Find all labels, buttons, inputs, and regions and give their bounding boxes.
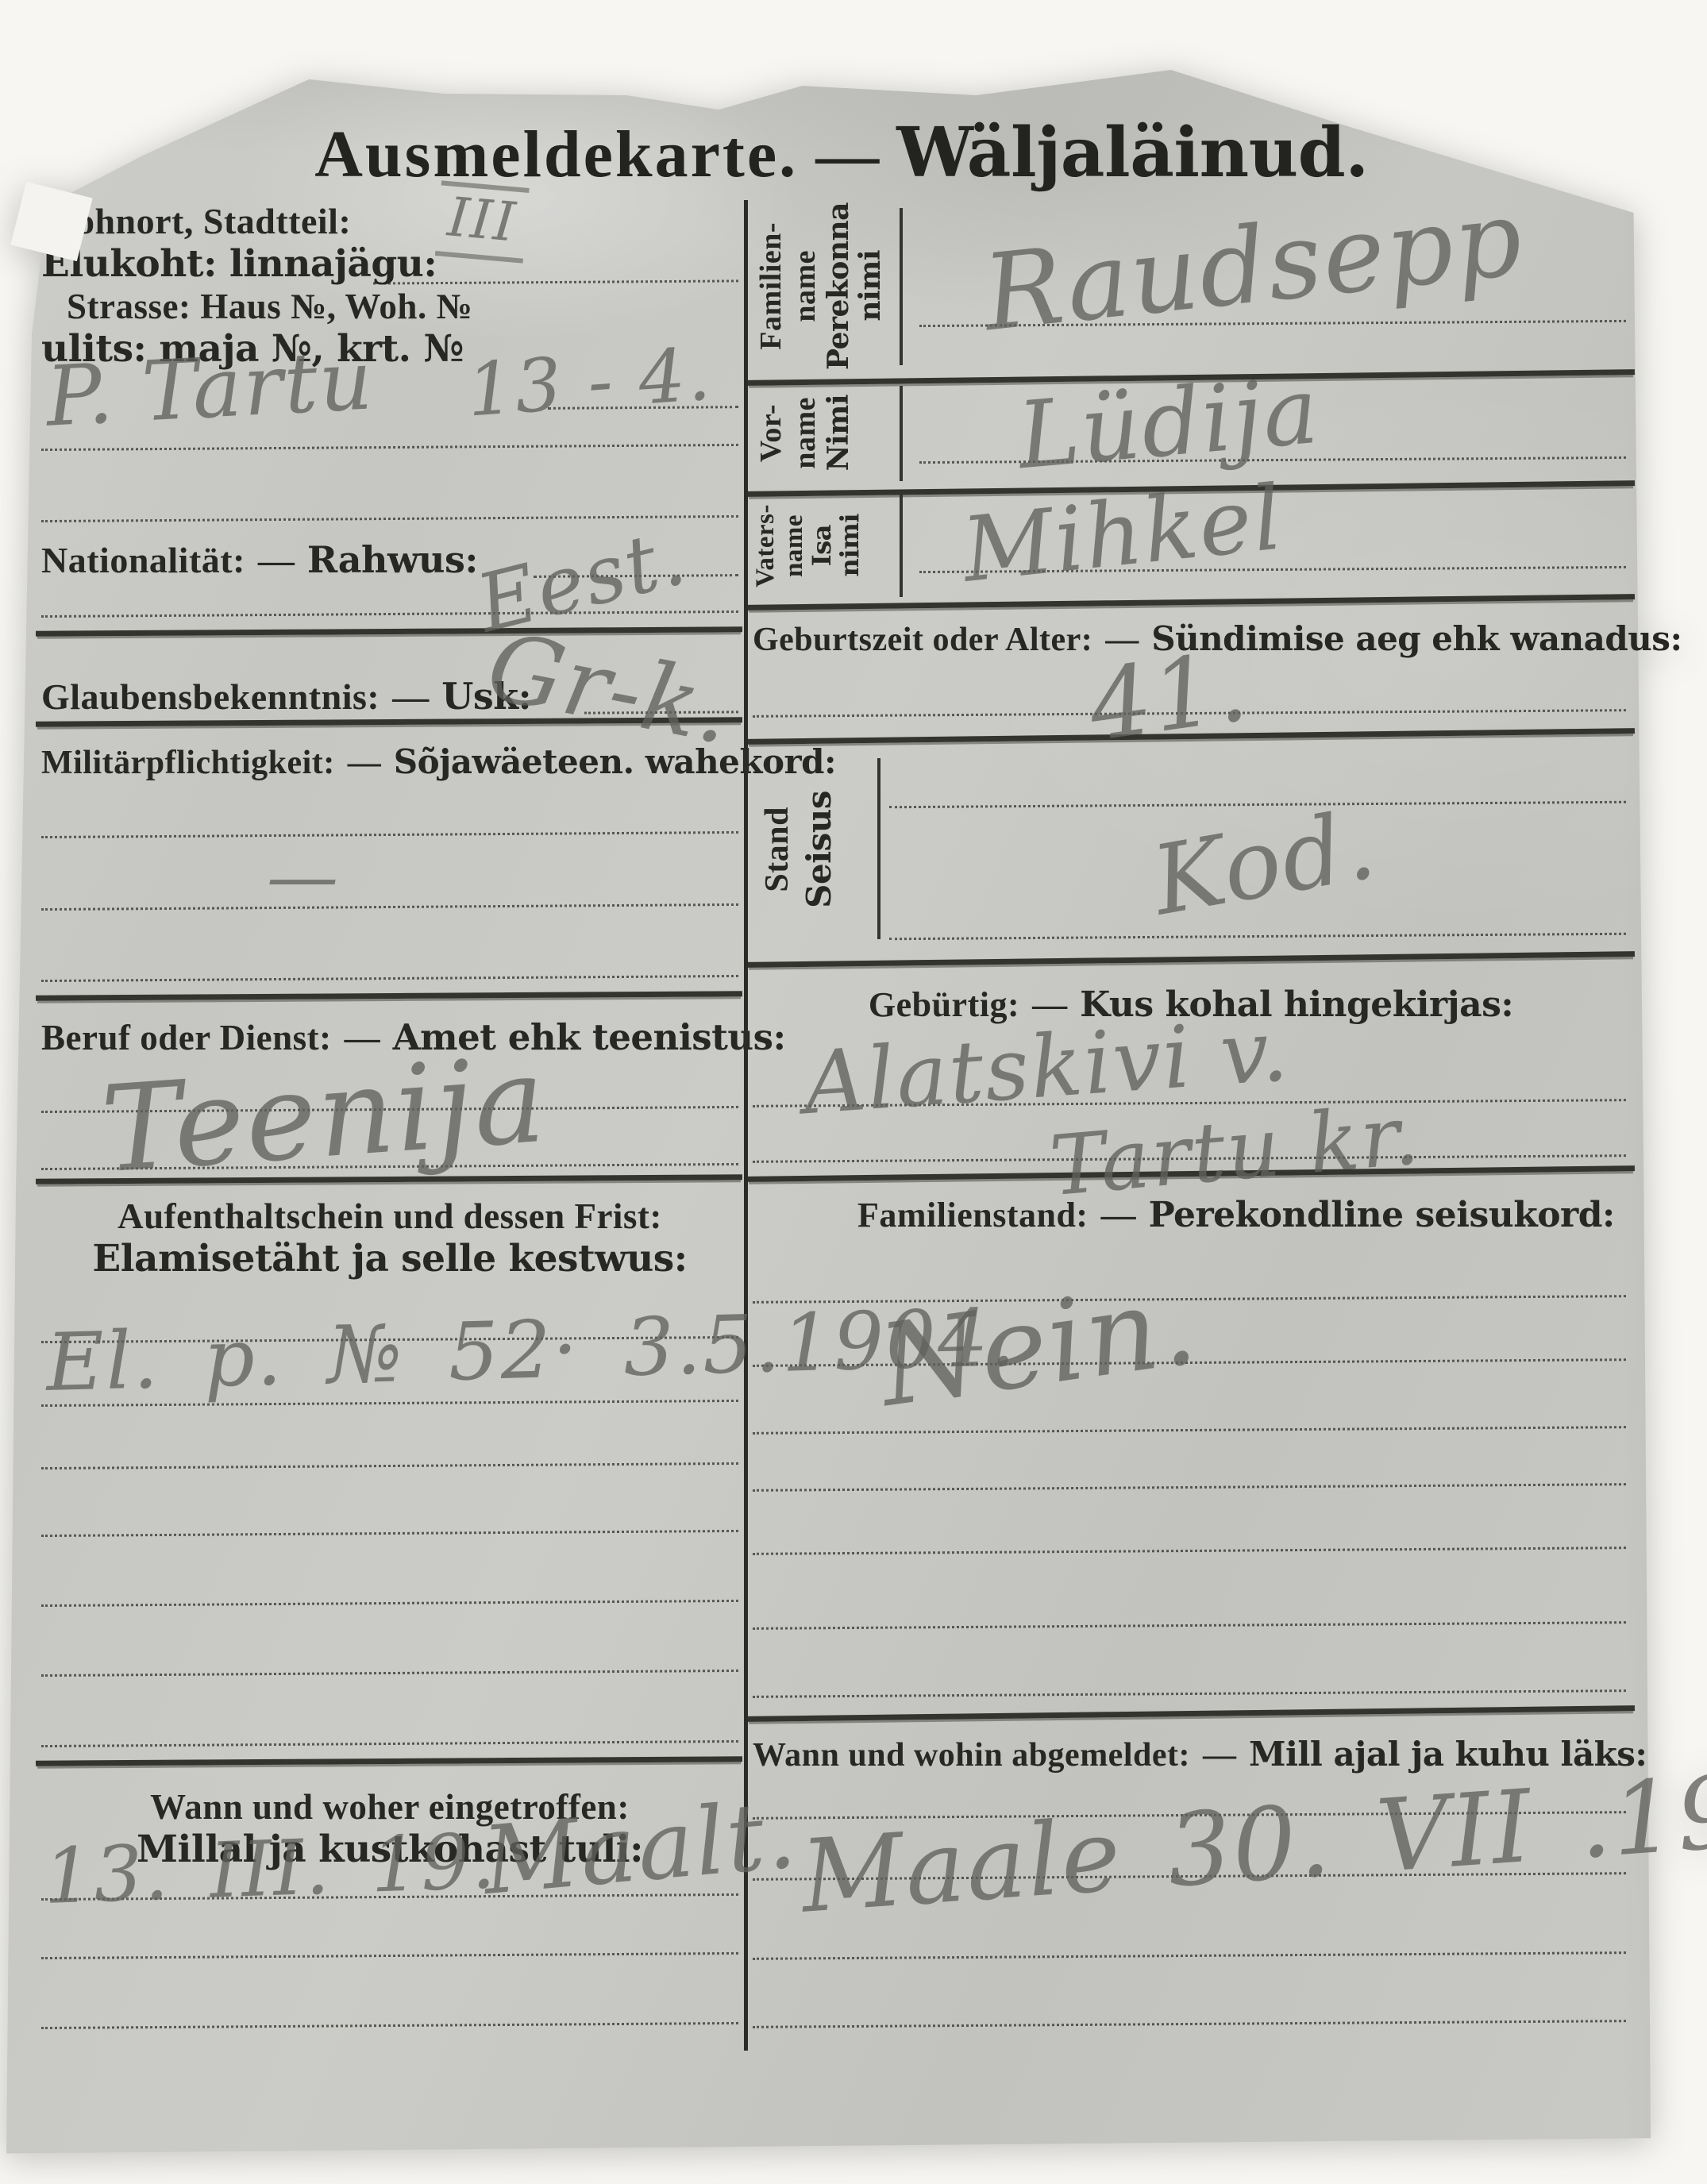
dotted-line bbox=[41, 1600, 738, 1607]
label-dash: — bbox=[392, 676, 429, 717]
surname-handwriting: Raudsepp bbox=[978, 177, 1529, 355]
dotted-line bbox=[41, 1740, 738, 1747]
surname-label-estonian-2: nimi bbox=[856, 250, 885, 322]
military-handwriting: — bbox=[267, 835, 340, 919]
permit-label-estonian: Elamisetäht ja selle kestwus: bbox=[41, 1237, 738, 1281]
fathersname-label-block: Vaters- name Isa nimi bbox=[753, 495, 863, 595]
birth-label-german: Geburtszeit oder Alter: bbox=[753, 622, 1092, 658]
departed-handwriting: Maale 30. VII .19. bbox=[797, 1751, 1707, 1935]
surname-label-german-1: Familien- bbox=[756, 222, 787, 350]
religion-label: Glaubensbekenntnis:—Usk: bbox=[41, 675, 531, 718]
card-content: Ausmeldekarte.—Wäljaläinud. Wohnort, Sta… bbox=[0, 0, 1707, 2184]
dotted-line bbox=[41, 1530, 738, 1537]
departed-label-german: Wann und wohin abgemeldet: bbox=[753, 1737, 1190, 1774]
dotted-line bbox=[753, 1951, 1626, 1960]
dotted-line bbox=[41, 1670, 738, 1677]
family-status-label-estonian: Perekondline seisukord: bbox=[1149, 1195, 1615, 1235]
dotted-line bbox=[41, 2022, 738, 2029]
label-divider-line bbox=[900, 208, 903, 365]
label-dash: — bbox=[348, 745, 381, 781]
permit-label-german: Aufenthaltschein und dessen Frist: bbox=[41, 1196, 738, 1237]
house-number-handwriting: 13 - 4. bbox=[464, 331, 715, 433]
district-handwriting: III bbox=[436, 185, 529, 255]
card-title-estonian: Wäljaläinud. bbox=[896, 113, 1369, 193]
surname-label-estonian-1: Perekonna bbox=[824, 202, 853, 370]
residence-label-estonian: Elukoht: linnajägu: bbox=[41, 242, 437, 286]
surname-label-german-2: name bbox=[790, 250, 821, 322]
label-dash: — bbox=[258, 540, 295, 580]
firstname-label-block: Vor- name Nimi bbox=[756, 387, 853, 479]
nationality-label-german: Nationalität: bbox=[41, 540, 245, 580]
section-rule bbox=[36, 991, 742, 1000]
fathersname-label-estonian-1: Isa bbox=[809, 525, 835, 566]
dotted-line bbox=[41, 1462, 738, 1469]
dotted-line bbox=[753, 1547, 1626, 1555]
firstname-label-german-1: Vor- bbox=[756, 404, 787, 462]
dotted-line bbox=[889, 933, 1626, 940]
label-divider-line bbox=[900, 494, 903, 597]
military-label-german: Militärpflichtigkeit: bbox=[41, 745, 335, 781]
family-status-handwriting: Nein. bbox=[872, 1258, 1204, 1432]
card-title: Ausmeldekarte.—Wäljaläinud. bbox=[238, 113, 1445, 193]
dotted-line bbox=[753, 1426, 1626, 1435]
fathersname-label-estonian-2: nimi bbox=[837, 514, 863, 576]
scanned-card: Ausmeldekarte.—Wäljaläinud. Wohnort, Sta… bbox=[0, 0, 1707, 2184]
section-rule bbox=[747, 951, 1635, 968]
fathersname-handwriting: Mihkel bbox=[958, 466, 1288, 603]
title-dash: — bbox=[815, 121, 879, 191]
label-divider-line bbox=[877, 758, 880, 939]
firstname-label-estonian: Nimi bbox=[824, 395, 853, 471]
street-handwriting: P. Tartu bbox=[44, 331, 376, 445]
permit-header: Aufenthaltschein und dessen Frist: Elami… bbox=[41, 1196, 738, 1281]
status-label-block: Stand Seisus bbox=[761, 764, 837, 934]
section-rule bbox=[36, 626, 742, 636]
family-status-label: Familienstand:—Perekondline seisukord: bbox=[857, 1195, 1615, 1235]
card-title-german: Ausmeldekarte. bbox=[314, 117, 798, 191]
section-rule bbox=[747, 594, 1635, 611]
arrived-date-handwriting: 13. III. 19. bbox=[42, 1816, 498, 1921]
nationality-label-estonian: Rahwus: bbox=[307, 538, 478, 581]
fathersname-label-german-2: name bbox=[781, 514, 808, 577]
section-rule bbox=[747, 1705, 1635, 1722]
dotted-line bbox=[41, 903, 738, 911]
age-handwriting: 41. bbox=[1082, 630, 1255, 763]
dotted-line bbox=[41, 444, 738, 451]
dotted-line bbox=[41, 1952, 738, 1959]
dotted-line bbox=[41, 831, 738, 838]
dotted-line bbox=[753, 1621, 1626, 1630]
nationality-label: Nationalität:—Rahwus: bbox=[41, 538, 478, 581]
dotted-line bbox=[753, 1689, 1626, 1698]
surname-label-block: Familien- name Perekonna nimi bbox=[756, 206, 885, 365]
column-divider bbox=[744, 200, 748, 2051]
label-divider-line bbox=[900, 386, 903, 481]
fathersname-label-german-1: Vaters- bbox=[753, 504, 780, 587]
religion-label-german: Glaubensbekenntnis: bbox=[41, 676, 380, 717]
firstname-label-german-2: name bbox=[790, 397, 821, 469]
status-label-german: Stand bbox=[761, 807, 795, 892]
dotted-line bbox=[753, 1483, 1626, 1492]
origin-label-german: Gebürtig: bbox=[869, 985, 1019, 1024]
section-rule bbox=[36, 1756, 742, 1766]
dotted-line bbox=[889, 801, 1626, 808]
dotted-line bbox=[41, 975, 738, 982]
label-dash: — bbox=[1203, 1737, 1236, 1774]
dotted-line bbox=[753, 2020, 1626, 2028]
status-handwriting: Kod. bbox=[1145, 790, 1384, 938]
status-label-estonian: Seisus bbox=[803, 791, 837, 908]
street-label-german: Strasse: Haus №, Woh. № bbox=[67, 286, 472, 327]
permit-handwriting: El. p. № 52· 3.5.1904. bbox=[45, 1291, 1018, 1409]
